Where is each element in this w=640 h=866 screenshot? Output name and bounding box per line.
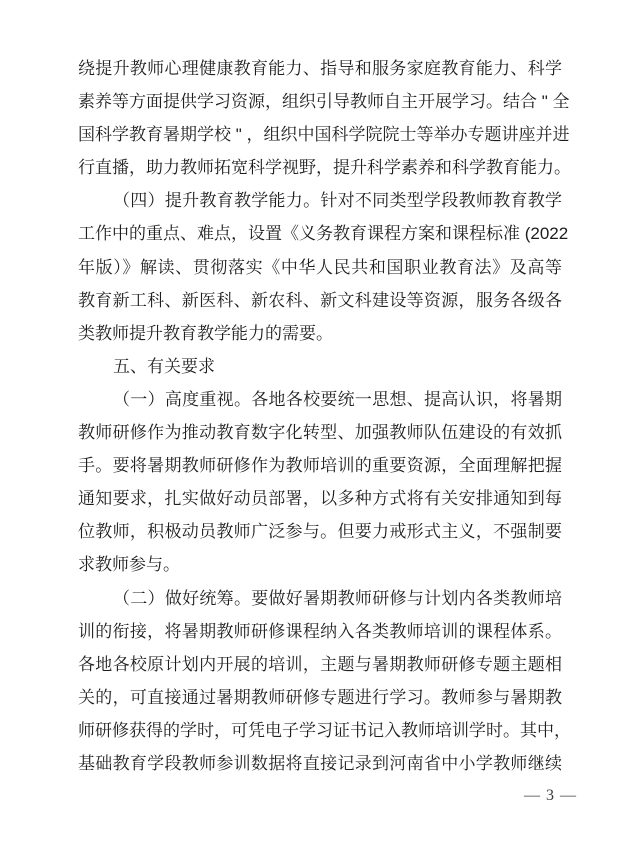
text-line: 通知要求，扎实做好动员部署，以多种方式将有关安排通知到每: [78, 482, 562, 515]
text-line: 素养等方面提供学习资源，组织引导教师自主开展学习。结合 " 全: [78, 85, 562, 118]
text-line: 行直播，助力教师拓宽科学视野，提升科学素养和科学教育能力。: [78, 151, 562, 184]
text-line: 手。要将暑期教师研修作为教师培训的重要资源，全面理解把握: [78, 449, 562, 482]
text-line-paragraph-end: 求教师参与。: [78, 548, 562, 581]
text-line: 师研修获得的学时，可凭电子学习证书记入教师培训学时。其中，: [78, 714, 562, 747]
text-line-paragraph-end: 类教师提升教育教学能力的需要。: [78, 317, 562, 350]
text-line: 国科学教育暑期学校 " ，组织中国科学院院士等举办专题讲座并进: [78, 118, 562, 151]
text-line: 位教师，积极动员教师广泛参与。但要力戒形式主义，不强制要: [78, 515, 562, 548]
section-heading: 五、有关要求: [78, 350, 562, 383]
text-line: 关的，可直接通过暑期教师研修专题进行学习。教师参与暑期教: [78, 681, 562, 714]
text-line: 绕提升教师心理健康教育能力、指导和服务家庭教育能力、科学: [78, 52, 562, 85]
page-number: — 3 —: [0, 786, 577, 806]
text-line: 年版）》解读、贯彻落实《中华人民共和国职业教育法》及高等: [78, 251, 562, 284]
text-line-paragraph-start: （一）高度重视。各地各校要统一思想、提高认识，将暑期: [78, 383, 562, 416]
text-line-paragraph-start: （二）做好统筹。要做好暑期教师研修与计划内各类教师培: [78, 582, 562, 615]
text-line: 各地各校原计划内开展的培训，主题与暑期教师研修专题主题相: [78, 648, 562, 681]
text-line: 训的衔接，将暑期教师研修课程纳入各类教师培训的课程体系。: [78, 615, 562, 648]
text-line: 工作中的重点、难点，设置《义务教育课程方案和课程标准 (2022: [78, 217, 562, 250]
document-body: 绕提升教师心理健康教育能力、指导和服务家庭教育能力、科学 素养等方面提供学习资源…: [78, 52, 562, 780]
text-line: 基础教育学段教师参训数据将直接记录到河南省中小学教师继续: [78, 747, 562, 780]
text-line: 教师研修作为推动教育数字化转型、加强教师队伍建设的有效抓: [78, 416, 562, 449]
document-page: 绕提升教师心理健康教育能力、指导和服务家庭教育能力、科学 素养等方面提供学习资源…: [0, 0, 640, 866]
text-line-paragraph-start: （四）提升教育教学能力。针对不同类型学段教师教育教学: [78, 184, 562, 217]
text-line: 教育新工科、新医科、新农科、新文科建设等资源，服务各级各: [78, 284, 562, 317]
